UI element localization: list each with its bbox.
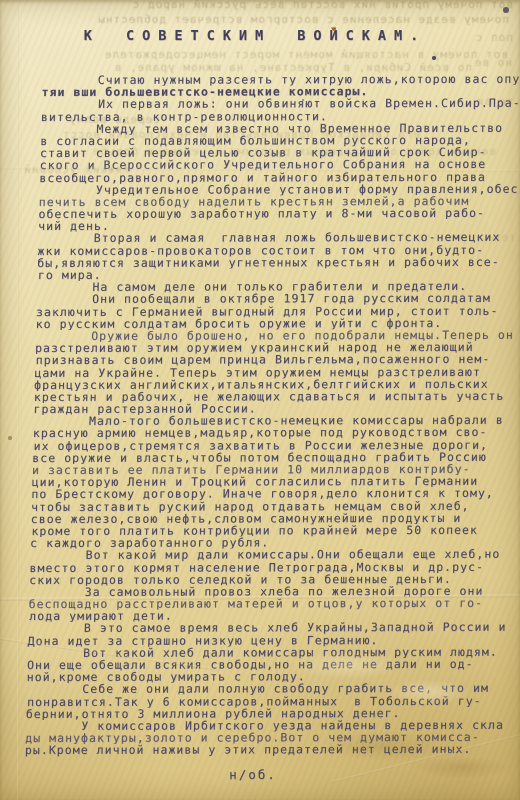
document-line: Считаю нужным разсеять ту хитрую ложь,ко… xyxy=(42,73,520,86)
document-line: ды мануфактуры,золото и серебро.Вот о че… xyxy=(25,731,503,744)
document-line: понравится.Так у 6 комиссаров,пойманных … xyxy=(27,694,504,707)
bleedthrough-line: но ве xyxy=(416,56,512,69)
document-body: Считаю нужным разсеять ту хитрую ложь,ко… xyxy=(25,73,520,764)
bleedthrough-line: вот почему против них восстал весь русск… xyxy=(25,0,513,11)
document-line: и заставить ее платить Германии 10 милли… xyxy=(32,463,510,476)
document-line: печить всем свободу наделить крестьян зе… xyxy=(39,195,517,208)
document-line: бы,являются защитниками угнетенных крест… xyxy=(37,256,515,269)
document-line: Оружие было брошено, но его подобрали не… xyxy=(35,329,513,342)
document-line: кроме того платить контрибуции по крайне… xyxy=(31,524,508,537)
document-line: Их первая ложь: они обвиняют войска Врем… xyxy=(42,97,519,110)
vertical-crease xyxy=(17,0,19,800)
document-line: крестьян и рабочих, не желающих сдаватьс… xyxy=(34,390,512,403)
document-line: ры.Кроме личной наживы у этих предателей… xyxy=(25,743,503,756)
document-line: В это самое время весь хлеб Украйны,Запа… xyxy=(28,621,506,634)
verso-note: н/об. xyxy=(0,767,506,782)
bleedthrough-line: почему везде население с восторгом встре… xyxy=(4,13,509,26)
document-line: Они еще обещали всякия свободы,но на дел… xyxy=(27,658,505,671)
document-line: обеспечить хорошую заработную плату и 8-… xyxy=(38,207,516,220)
document-title: К СОВЕТСКИМ ВОЙСКАМ. xyxy=(0,28,510,44)
ink-specks xyxy=(0,0,2,2)
scanned-document-page: вот почему против них восстал весь русск… xyxy=(0,0,520,800)
